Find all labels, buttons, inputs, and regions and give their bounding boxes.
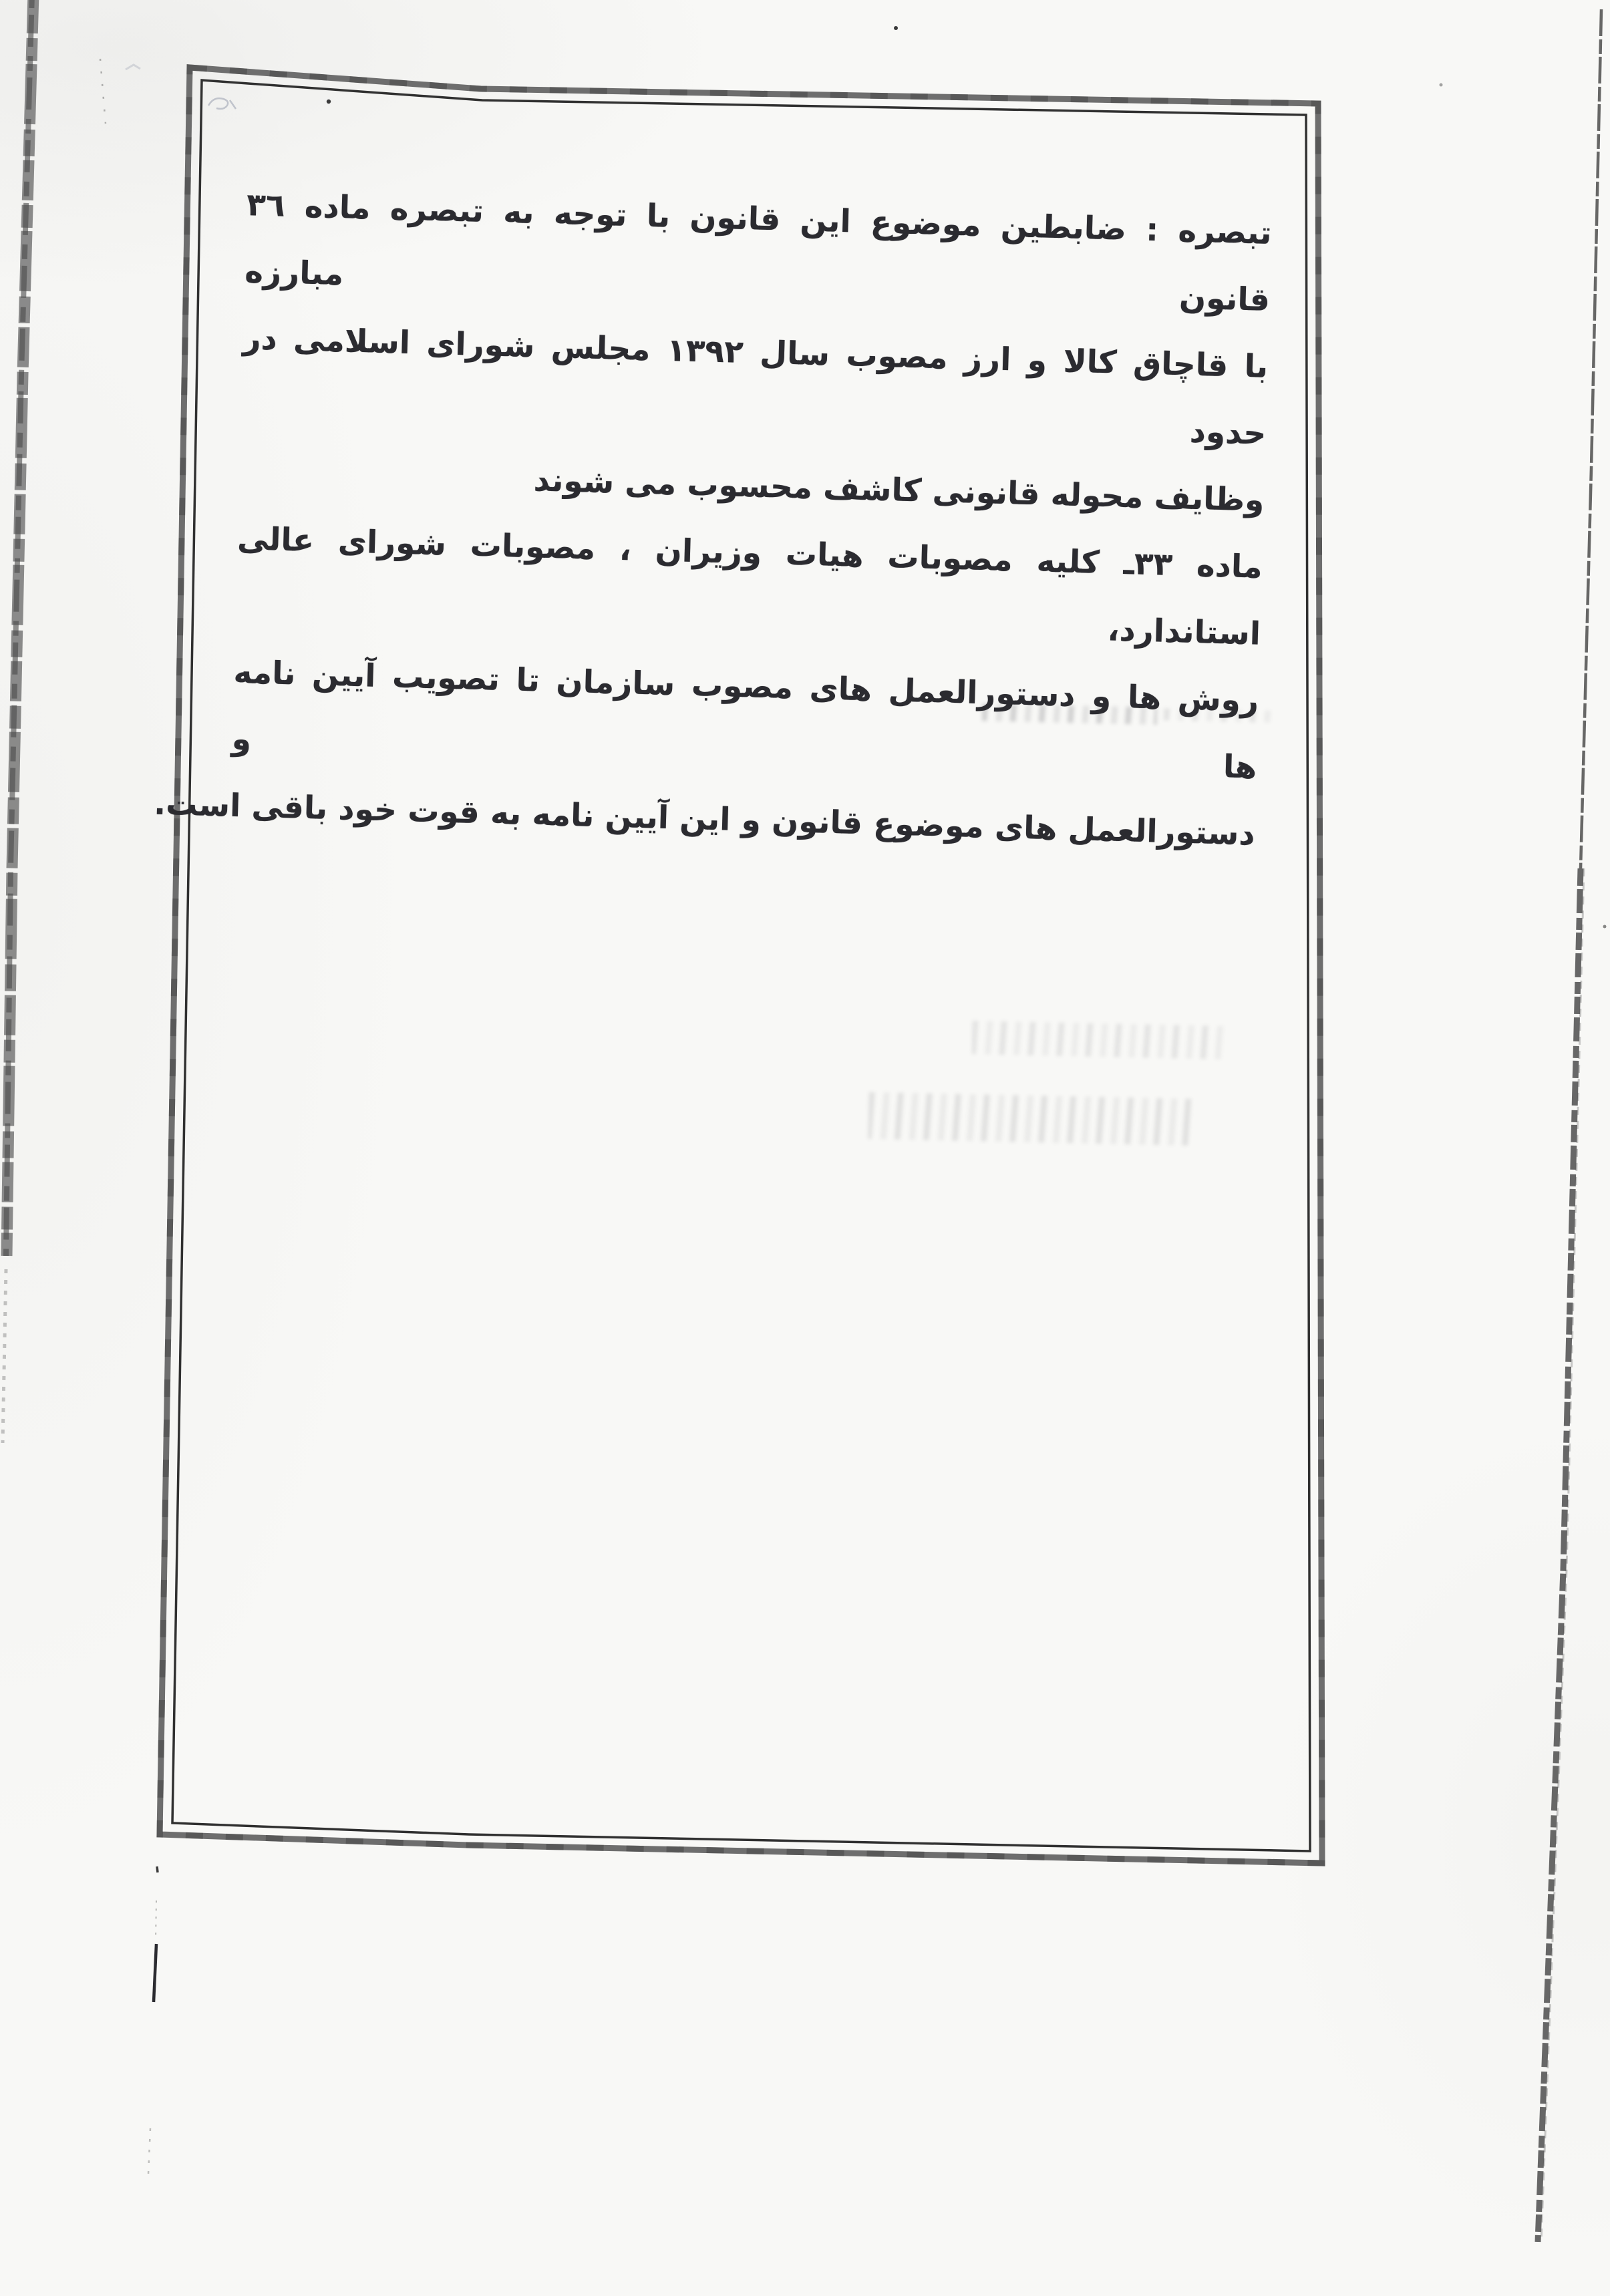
toner-speck — [1440, 84, 1443, 87]
bottom-left-dark-stroke — [154, 1944, 156, 2002]
right-scan-streak-bottom — [1538, 868, 1581, 2242]
right-scan-streak-top — [1581, 9, 1601, 868]
bottom-left-dotted-trail — [148, 2128, 150, 2174]
scanned-page: تبصره : ضابطین موضوع این قانون با توجه ب… — [0, 0, 1610, 2296]
ghost-bleed-mark — [972, 1021, 1230, 1059]
toner-speck — [894, 26, 898, 30]
bottom-left-faint-dots — [156, 1901, 156, 1939]
ghost-bleed-mark — [868, 1092, 1196, 1146]
document-text-block: تبصره : ضابطین موضوع این قانون با توجه ب… — [229, 172, 1273, 868]
pencil-scribble — [208, 98, 236, 109]
toner-speck — [1603, 925, 1607, 929]
left-scan-streak-tail — [3, 1269, 6, 1443]
left-scan-streak-dark — [6, 0, 32, 1256]
toner-speck — [327, 100, 331, 104]
left-speck-trail — [100, 59, 106, 124]
pencil-chevron-mark — [126, 65, 140, 69]
paragraph-article-33: ماده ۳۳ـ کلیه مصوبات هیات وزیران ، مصوبا… — [229, 506, 1263, 868]
bottom-left-tick — [157, 1866, 158, 1872]
paragraph-tabsareh: تبصره : ضابطین موضوع این قانون با توجه ب… — [238, 172, 1273, 534]
